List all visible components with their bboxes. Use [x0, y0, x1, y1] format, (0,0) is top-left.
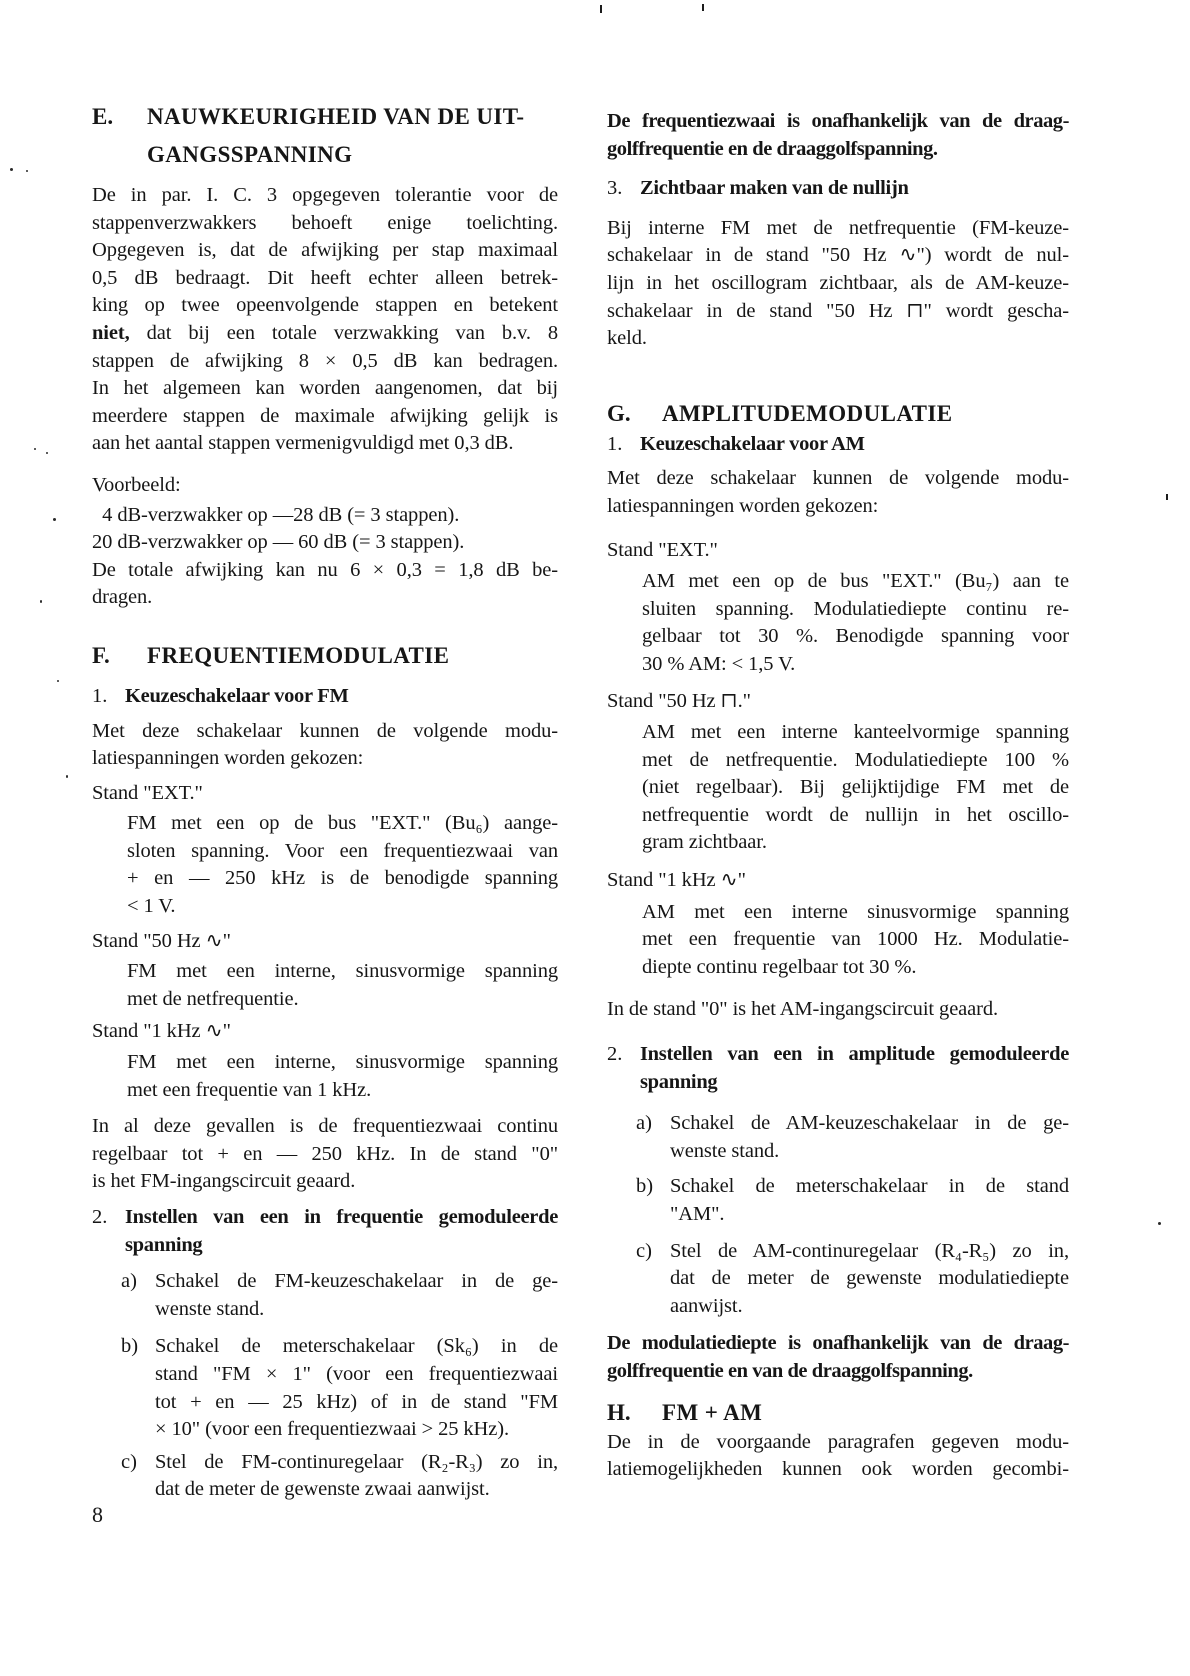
- list-item: a)Schakel de FM-keuzeschakelaar in de ge…: [92, 1268, 558, 1323]
- text-line: latiespanningen worden gekozen:: [607, 493, 1069, 521]
- text-line: De in de voorgaande paragrafen gegeven m…: [607, 1429, 1069, 1457]
- scan-artifact: [1166, 494, 1168, 500]
- sub-heading: 1.Keuzeschakelaar voor AM: [607, 431, 1069, 459]
- scan-artifact: [702, 4, 704, 11]
- paragraph: Met deze schakelaar kunnen de volgende m…: [607, 465, 1069, 520]
- text-line: Stand "1 kHz ∿": [92, 1018, 558, 1046]
- text-line: Stand "50 Hz ⊓.": [607, 688, 1069, 716]
- indented-paragraph: AM met een op de bus "EXT." (Bu₇) aan te…: [607, 568, 1069, 678]
- paragraph: In de stand "0" is het AM-ingangscircuit…: [607, 996, 1069, 1024]
- scanned-manual-page: E.NAUWKEURIGHEID VAN DE UIT-GANGSSPANNIN…: [0, 0, 1190, 1676]
- text-line: met een frequentie van 1000 Hz. Modulati…: [642, 926, 1069, 954]
- text-line: lijn in het oscillogram zichtbaar, als d…: [607, 270, 1069, 298]
- item-marker: c): [636, 1238, 652, 1266]
- subsection-number: 2.: [92, 1204, 107, 1232]
- stand-line: Stand "EXT.": [92, 780, 558, 808]
- sub-heading: 2.Instellen van een in frequentie gemodu…: [92, 1204, 558, 1259]
- indented-paragraph: FM met een op de bus "EXT." (Bu₆) aange-…: [92, 810, 558, 920]
- text-line: golffrequentie en van de draaggolfspanni…: [607, 1358, 1069, 1386]
- text-line: stappen de afwijking 8 × 0,5 dB kan bedr…: [92, 348, 558, 376]
- paragraph: De in de voorgaande paragrafen gegeven m…: [607, 1429, 1069, 1484]
- stand-line: Stand "1 kHz ∿": [92, 1018, 558, 1046]
- right-column: De frequentiezwaai is onafhankelijk van …: [607, 98, 1069, 1484]
- scan-speck: [40, 600, 42, 603]
- item-marker: b): [121, 1333, 138, 1361]
- paragraph: De in par. I. C. 3 opgegeven tolerantie …: [92, 182, 558, 458]
- text-line: king op twee opeenvolgende stappen en be…: [92, 292, 558, 320]
- section-letter: H.: [607, 1394, 631, 1432]
- text-line: spanning: [125, 1232, 558, 1260]
- text-line: gelbaar tot 30 %. Benodigde spanning voo…: [642, 623, 1069, 651]
- scan-speck: [1158, 1222, 1161, 1225]
- text-line: regelbaar tot + en — 250 kHz. In de stan…: [92, 1141, 558, 1169]
- text-line: FM met een op de bus "EXT." (Bu₆) aange-: [127, 810, 558, 838]
- stand-line: Voorbeeld:: [92, 472, 558, 500]
- text-line: met de netfrequentie. Modulatiediepte 10…: [642, 747, 1069, 775]
- text-line: AM met een op de bus "EXT." (Bu₇) aan te: [642, 568, 1069, 596]
- text-line: wenste stand.: [155, 1296, 558, 1324]
- sub-heading: 2.Instellen van een in amplitude gemodul…: [607, 1041, 1069, 1096]
- subsection-number: 3.: [607, 175, 622, 203]
- text-line: spanning: [640, 1069, 1069, 1097]
- text-line: In al deze gevallen is de frequentiezwaa…: [92, 1113, 558, 1141]
- section-letter: E.: [92, 98, 113, 136]
- text-line: sluiten spanning. Modulatiediepte contin…: [642, 596, 1069, 624]
- text-line: 30 % AM: < 1,5 V.: [642, 651, 1069, 679]
- paragraph: De frequentiezwaai is onafhankelijk van …: [607, 108, 1069, 163]
- text-line: Bij interne FM met de netfrequentie (FM-…: [607, 215, 1069, 243]
- indented-paragraph: FM met een interne, sinusvormige spannin…: [92, 958, 558, 1013]
- scan-speck: [66, 775, 68, 778]
- text-line: met een frequentie van 1 kHz.: [127, 1077, 558, 1105]
- text-line: Schakel de FM-keuzeschakelaar in de ge-: [155, 1268, 558, 1296]
- text-line: In het algemeen kan worden aangenomen, d…: [92, 375, 558, 403]
- text-line: netfrequentie wordt de nullijn in het os…: [642, 802, 1069, 830]
- stand-line: Stand "50 Hz ∿": [92, 928, 558, 956]
- text-line: latiespanningen worden gekozen:: [92, 745, 558, 773]
- text-line: schakelaar in de stand "50 Hz ⊓" wordt g…: [607, 298, 1069, 326]
- text-line: FM met een interne, sinusvormige spannin…: [127, 1049, 558, 1077]
- text-line: keld.: [607, 325, 1069, 353]
- text-line: gram zichtbaar.: [642, 829, 1069, 857]
- indented-paragraph: AM met een interne sinusvormige spanning…: [607, 899, 1069, 982]
- scan-speck: [10, 168, 13, 171]
- text-line: sloten spanning. Voor een frequentiezwaa…: [127, 838, 558, 866]
- text-line: De frequentiezwaai is onafhankelijk van …: [607, 108, 1069, 136]
- text-line: Keuzeschakelaar voor AM: [640, 431, 1069, 459]
- text-line: dragen.: [92, 584, 558, 612]
- scan-artifact: [600, 5, 602, 13]
- text-line: NAUWKEURIGHEID VAN DE UIT-: [147, 98, 558, 136]
- stand-line: Stand "1 kHz ∿": [607, 867, 1069, 895]
- section-letter: F.: [92, 637, 110, 675]
- paragraph: Bij interne FM met de netfrequentie (FM-…: [607, 215, 1069, 353]
- text-line: In de stand "0" is het AM-ingangscircuit…: [607, 996, 1069, 1024]
- list-item: b)Schakel de meterschakelaar in de stand…: [607, 1173, 1069, 1228]
- left-column: E.NAUWKEURIGHEID VAN DE UIT-GANGSSPANNIN…: [92, 98, 558, 1504]
- scan-speck: [57, 680, 59, 682]
- text-line: Stel de FM-continuregelaar (R₂-R₃) zo in…: [155, 1449, 558, 1477]
- text-line: niet, dat bij een totale verzwakking van…: [92, 320, 558, 348]
- scan-speck: [46, 452, 48, 454]
- section-letter: G.: [607, 395, 631, 433]
- page-number: 8: [92, 1502, 103, 1528]
- text-line: aanwijst.: [670, 1293, 1069, 1321]
- list-item: c)Stel de AM-continuregelaar (R₄-R₅) zo …: [607, 1238, 1069, 1321]
- text-line: Met deze schakelaar kunnen de volgende m…: [92, 718, 558, 746]
- subsection-number: 1.: [607, 431, 622, 459]
- text-line: AM met een interne kanteelvormige spanni…: [642, 719, 1069, 747]
- text-line: Stel de AM-continuregelaar (R₄-R₅) zo in…: [670, 1238, 1069, 1266]
- text-line: golffrequentie en de draaggolfspanning.: [607, 136, 1069, 164]
- text-line: is het FM-ingangscircuit geaard.: [92, 1168, 558, 1196]
- section-heading: E.NAUWKEURIGHEID VAN DE UIT-GANGSSPANNIN…: [92, 98, 558, 174]
- text-line: wenste stand.: [670, 1138, 1069, 1166]
- paragraph: De modulatiediepte is onafhankelijk van …: [607, 1330, 1069, 1385]
- text-line: Met deze schakelaar kunnen de volgende m…: [607, 465, 1069, 493]
- text-line: dat de meter de gewenste modulatiediepte: [670, 1265, 1069, 1293]
- list-item: a)Schakel de AM-keuzeschakelaar in de ge…: [607, 1110, 1069, 1165]
- indented-paragraph: AM met een interne kanteelvormige spanni…: [607, 719, 1069, 857]
- subsection-number: 1.: [92, 683, 107, 711]
- text-line: Stand "EXT.": [92, 780, 558, 808]
- item-marker: c): [121, 1449, 137, 1477]
- text-line: + en — 250 kHz is de benodigde spanning: [127, 865, 558, 893]
- text-line: met de netfrequentie.: [127, 986, 558, 1014]
- text-line: FM + AM: [662, 1394, 1069, 1432]
- scan-speck: [53, 518, 56, 521]
- text-line: meerdere stappen de maximale afwijking g…: [92, 403, 558, 431]
- item-marker: a): [636, 1110, 652, 1138]
- text-line: Instellen van een in amplitude gemodulee…: [640, 1041, 1069, 1069]
- section-heading: G.AMPLITUDEMODULATIE: [607, 395, 1069, 433]
- list-item: b)Schakel de meterschakelaar (Sk₆) in de…: [92, 1333, 558, 1443]
- sub-heading: 1.Keuzeschakelaar voor FM: [92, 683, 558, 711]
- section-heading: H.FM + AM: [607, 1394, 1069, 1432]
- text-line: Schakel de meterschakelaar in de stand: [670, 1173, 1069, 1201]
- item-marker: a): [121, 1268, 137, 1296]
- paragraph: 4 dB-verzwakker op —28 dB (= 3 stappen).…: [92, 502, 558, 612]
- text-line: schakelaar in de stand "50 Hz ∿") wordt …: [607, 242, 1069, 270]
- text-line: AM met een interne sinusvormige spanning: [642, 899, 1069, 927]
- text-line: De in par. I. C. 3 opgegeven tolerantie …: [92, 182, 558, 210]
- stand-line: Stand "EXT.": [607, 537, 1069, 565]
- text-line: 20 dB-verzwakker op — 60 dB (= 3 stappen…: [92, 529, 558, 557]
- scan-speck: [26, 170, 28, 172]
- text-line: Stand "1 kHz ∿": [607, 867, 1069, 895]
- text-line: AMPLITUDEMODULATIE: [662, 395, 1069, 433]
- text-line: Voorbeeld:: [92, 472, 558, 500]
- text-line: stand "FM × 1" (voor een frequentiezwaai: [155, 1361, 558, 1389]
- stand-line: Stand "50 Hz ⊓.": [607, 688, 1069, 716]
- text-line: < 1 V.: [127, 893, 558, 921]
- paragraph: Met deze schakelaar kunnen de volgende m…: [92, 718, 558, 773]
- text-line: FREQUENTIEMODULATIE: [147, 637, 558, 675]
- text-line: stappenverzwakkers behoeft enige toelich…: [92, 210, 558, 238]
- text-line: diepte continu regelbaar tot 30 %.: [642, 954, 1069, 982]
- sub-heading: 3.Zichtbaar maken van de nullijn: [607, 175, 1069, 203]
- indented-paragraph: FM met een interne, sinusvormige spannin…: [92, 1049, 558, 1104]
- text-line: tot + en — 25 kHz) of in de stand "FM: [155, 1389, 558, 1417]
- list-item: c)Stel de FM-continuregelaar (R₂-R₃) zo …: [92, 1449, 558, 1504]
- scan-speck: [34, 448, 36, 450]
- text-line: 4 dB-verzwakker op —28 dB (= 3 stappen).: [92, 502, 558, 530]
- text-line: De totale afwijking kan nu 6 × 0,3 = 1,8…: [92, 557, 558, 585]
- text-line: Stand "EXT.": [607, 537, 1069, 565]
- text-line: × 10" (voor een frequentiezwaai > 25 kHz…: [155, 1416, 558, 1444]
- text-line: Opgegeven is, dat de afwijking per stap …: [92, 237, 558, 265]
- text-line: Schakel de meterschakelaar (Sk₆) in de: [155, 1333, 558, 1361]
- section-heading: F.FREQUENTIEMODULATIE: [92, 637, 558, 675]
- text-line: Schakel de AM-keuzeschakelaar in de ge-: [670, 1110, 1069, 1138]
- subsection-number: 2.: [607, 1041, 622, 1069]
- text-line: Stand "50 Hz ∿": [92, 928, 558, 956]
- text-line: aan het aantal stappen vermenigvuldigd m…: [92, 430, 558, 458]
- text-line: (niet regelbaar). Bij gelijktijdige FM m…: [642, 774, 1069, 802]
- text-line: dat de meter de gewenste zwaai aanwijst.: [155, 1476, 558, 1504]
- item-marker: b): [636, 1173, 653, 1201]
- text-line: Keuzeschakelaar voor FM: [125, 683, 558, 711]
- text-line: De modulatiediepte is onafhankelijk van …: [607, 1330, 1069, 1358]
- text-line: 0,5 dB bedraagt. Dit heeft echter alleen…: [92, 265, 558, 293]
- text-line: FM met een interne, sinusvormige spannin…: [127, 958, 558, 986]
- text-line: "AM".: [670, 1201, 1069, 1229]
- text-line: GANGSSPANNING: [147, 136, 558, 174]
- text-line: Instellen van een in frequentie gemodule…: [125, 1204, 558, 1232]
- text-line: Zichtbaar maken van de nullijn: [640, 175, 1069, 203]
- paragraph: In al deze gevallen is de frequentiezwaa…: [92, 1113, 558, 1196]
- text-line: latiemogelijkheden kunnen ook worden gec…: [607, 1456, 1069, 1484]
